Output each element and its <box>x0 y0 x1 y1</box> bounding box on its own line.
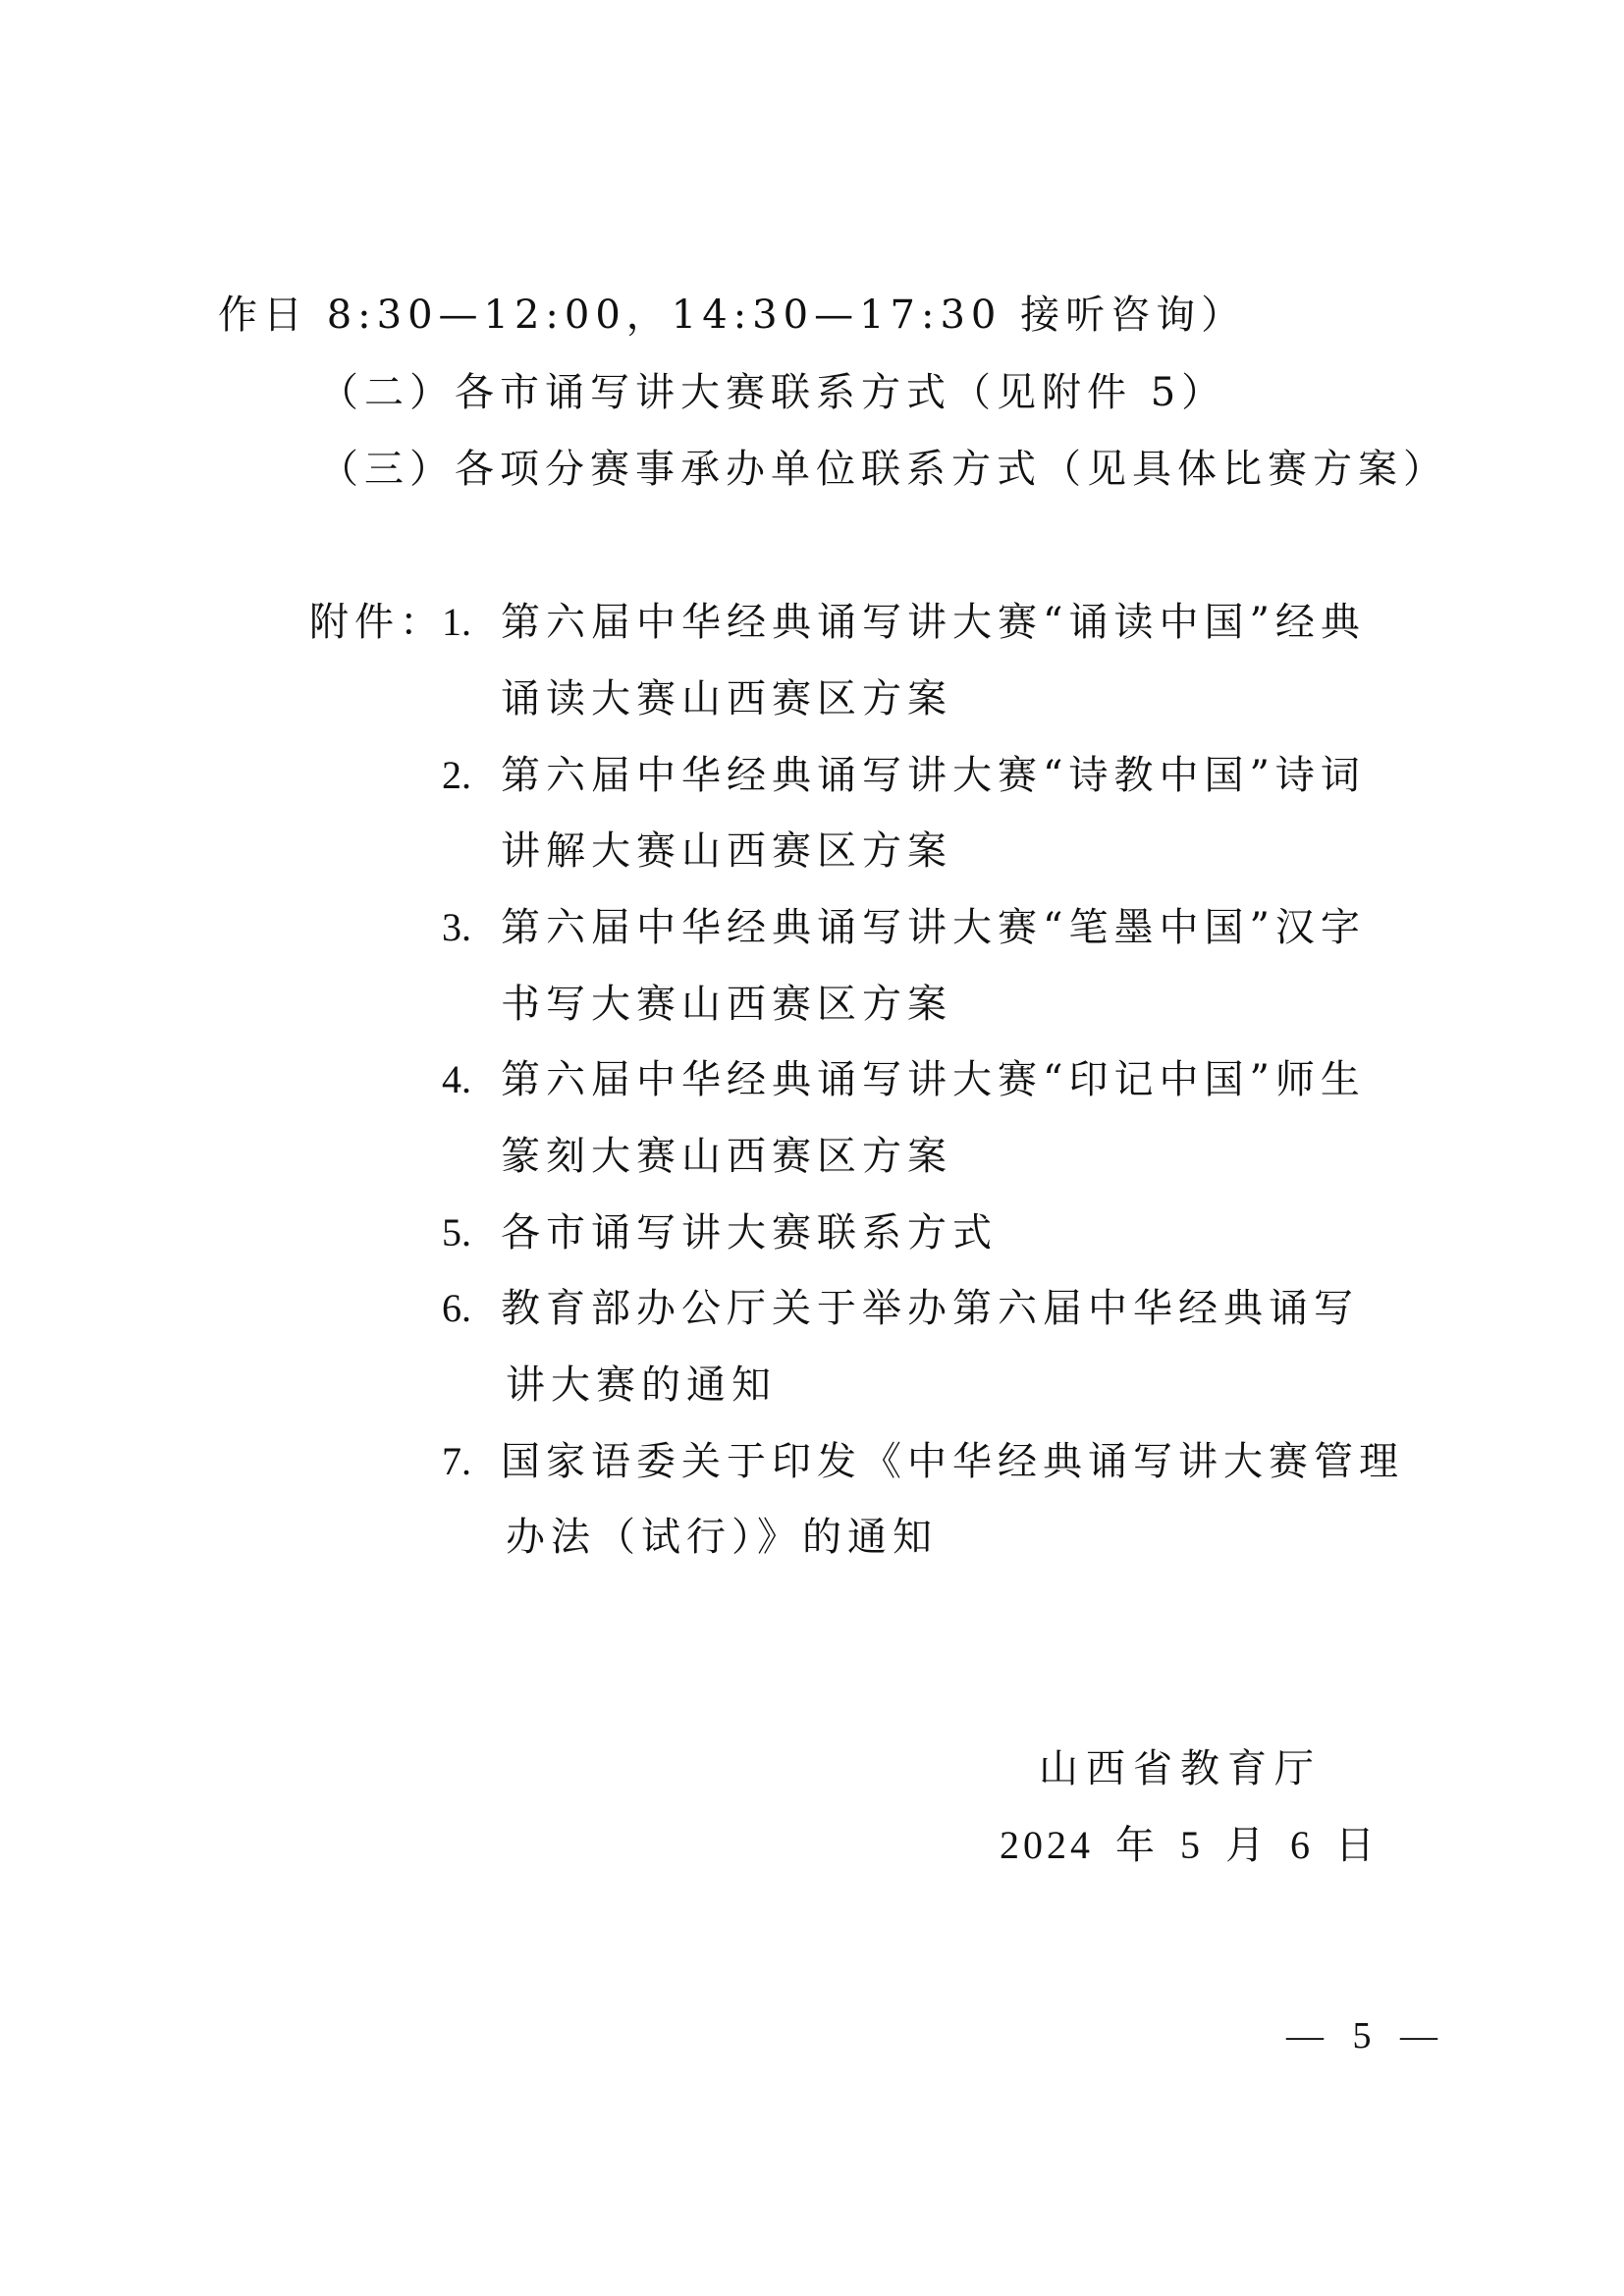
body-line-1: 作日 8:30—12:00，14:30—17:30 接听咨询） <box>218 292 1246 339</box>
attachment-6-line-2: 讲大赛的通知 <box>506 1362 777 1409</box>
attachment-2-line-1: 第六届中华经典诵写讲大赛“诗教中国”诗词 <box>501 752 1366 799</box>
attachment-1-num: 1. <box>442 599 471 646</box>
attachment-1-line-1: 第六届中华经典诵写讲大赛“诵读中国”经典 <box>501 599 1366 646</box>
attachment-2-line-2: 讲解大赛山西赛区方案 <box>501 828 952 875</box>
attachment-3-num: 3. <box>442 904 471 951</box>
signature-date: 2024 年 5 月 6 日 <box>1000 1822 1379 1869</box>
attachment-5-line-1: 各市诵写讲大赛联系方式 <box>501 1209 998 1256</box>
page-number: — 5 — <box>1286 2014 1447 2057</box>
attachment-7-num: 7. <box>442 1438 471 1485</box>
attachment-5-num: 5. <box>442 1209 471 1256</box>
signature-org: 山西省教育厅 <box>1039 1745 1322 1792</box>
attachment-7-line-2: 办法（试行）》的通知 <box>506 1514 938 1561</box>
body-line-2: （二）各市诵写讲大赛联系方式（见附件 5） <box>319 369 1226 416</box>
body-line-3: （三）各项分赛事承办单位联系方式（见具体比赛方案） <box>319 446 1448 493</box>
attachment-4-line-2: 篆刻大赛山西赛区方案 <box>501 1133 952 1180</box>
attachment-6-num: 6. <box>442 1285 471 1332</box>
attachment-2-num: 2. <box>442 752 471 799</box>
attachment-4-num: 4. <box>442 1056 471 1103</box>
attachments-label: 附件： <box>309 599 445 646</box>
attachment-6-line-1: 教育部办公厅关于举办第六届中华经典诵写 <box>501 1285 1359 1332</box>
attachment-3-line-2: 书写大赛山西赛区方案 <box>501 981 952 1028</box>
attachment-4-line-1: 第六届中华经典诵写讲大赛“印记中国”师生 <box>501 1056 1366 1103</box>
attachment-3-line-1: 第六届中华经典诵写讲大赛“笔墨中国”汉字 <box>501 904 1366 951</box>
attachment-1-line-2: 诵读大赛山西赛区方案 <box>501 675 952 722</box>
attachment-7-line-1: 国家语委关于印发《中华经典诵写讲大赛管理 <box>501 1438 1404 1485</box>
